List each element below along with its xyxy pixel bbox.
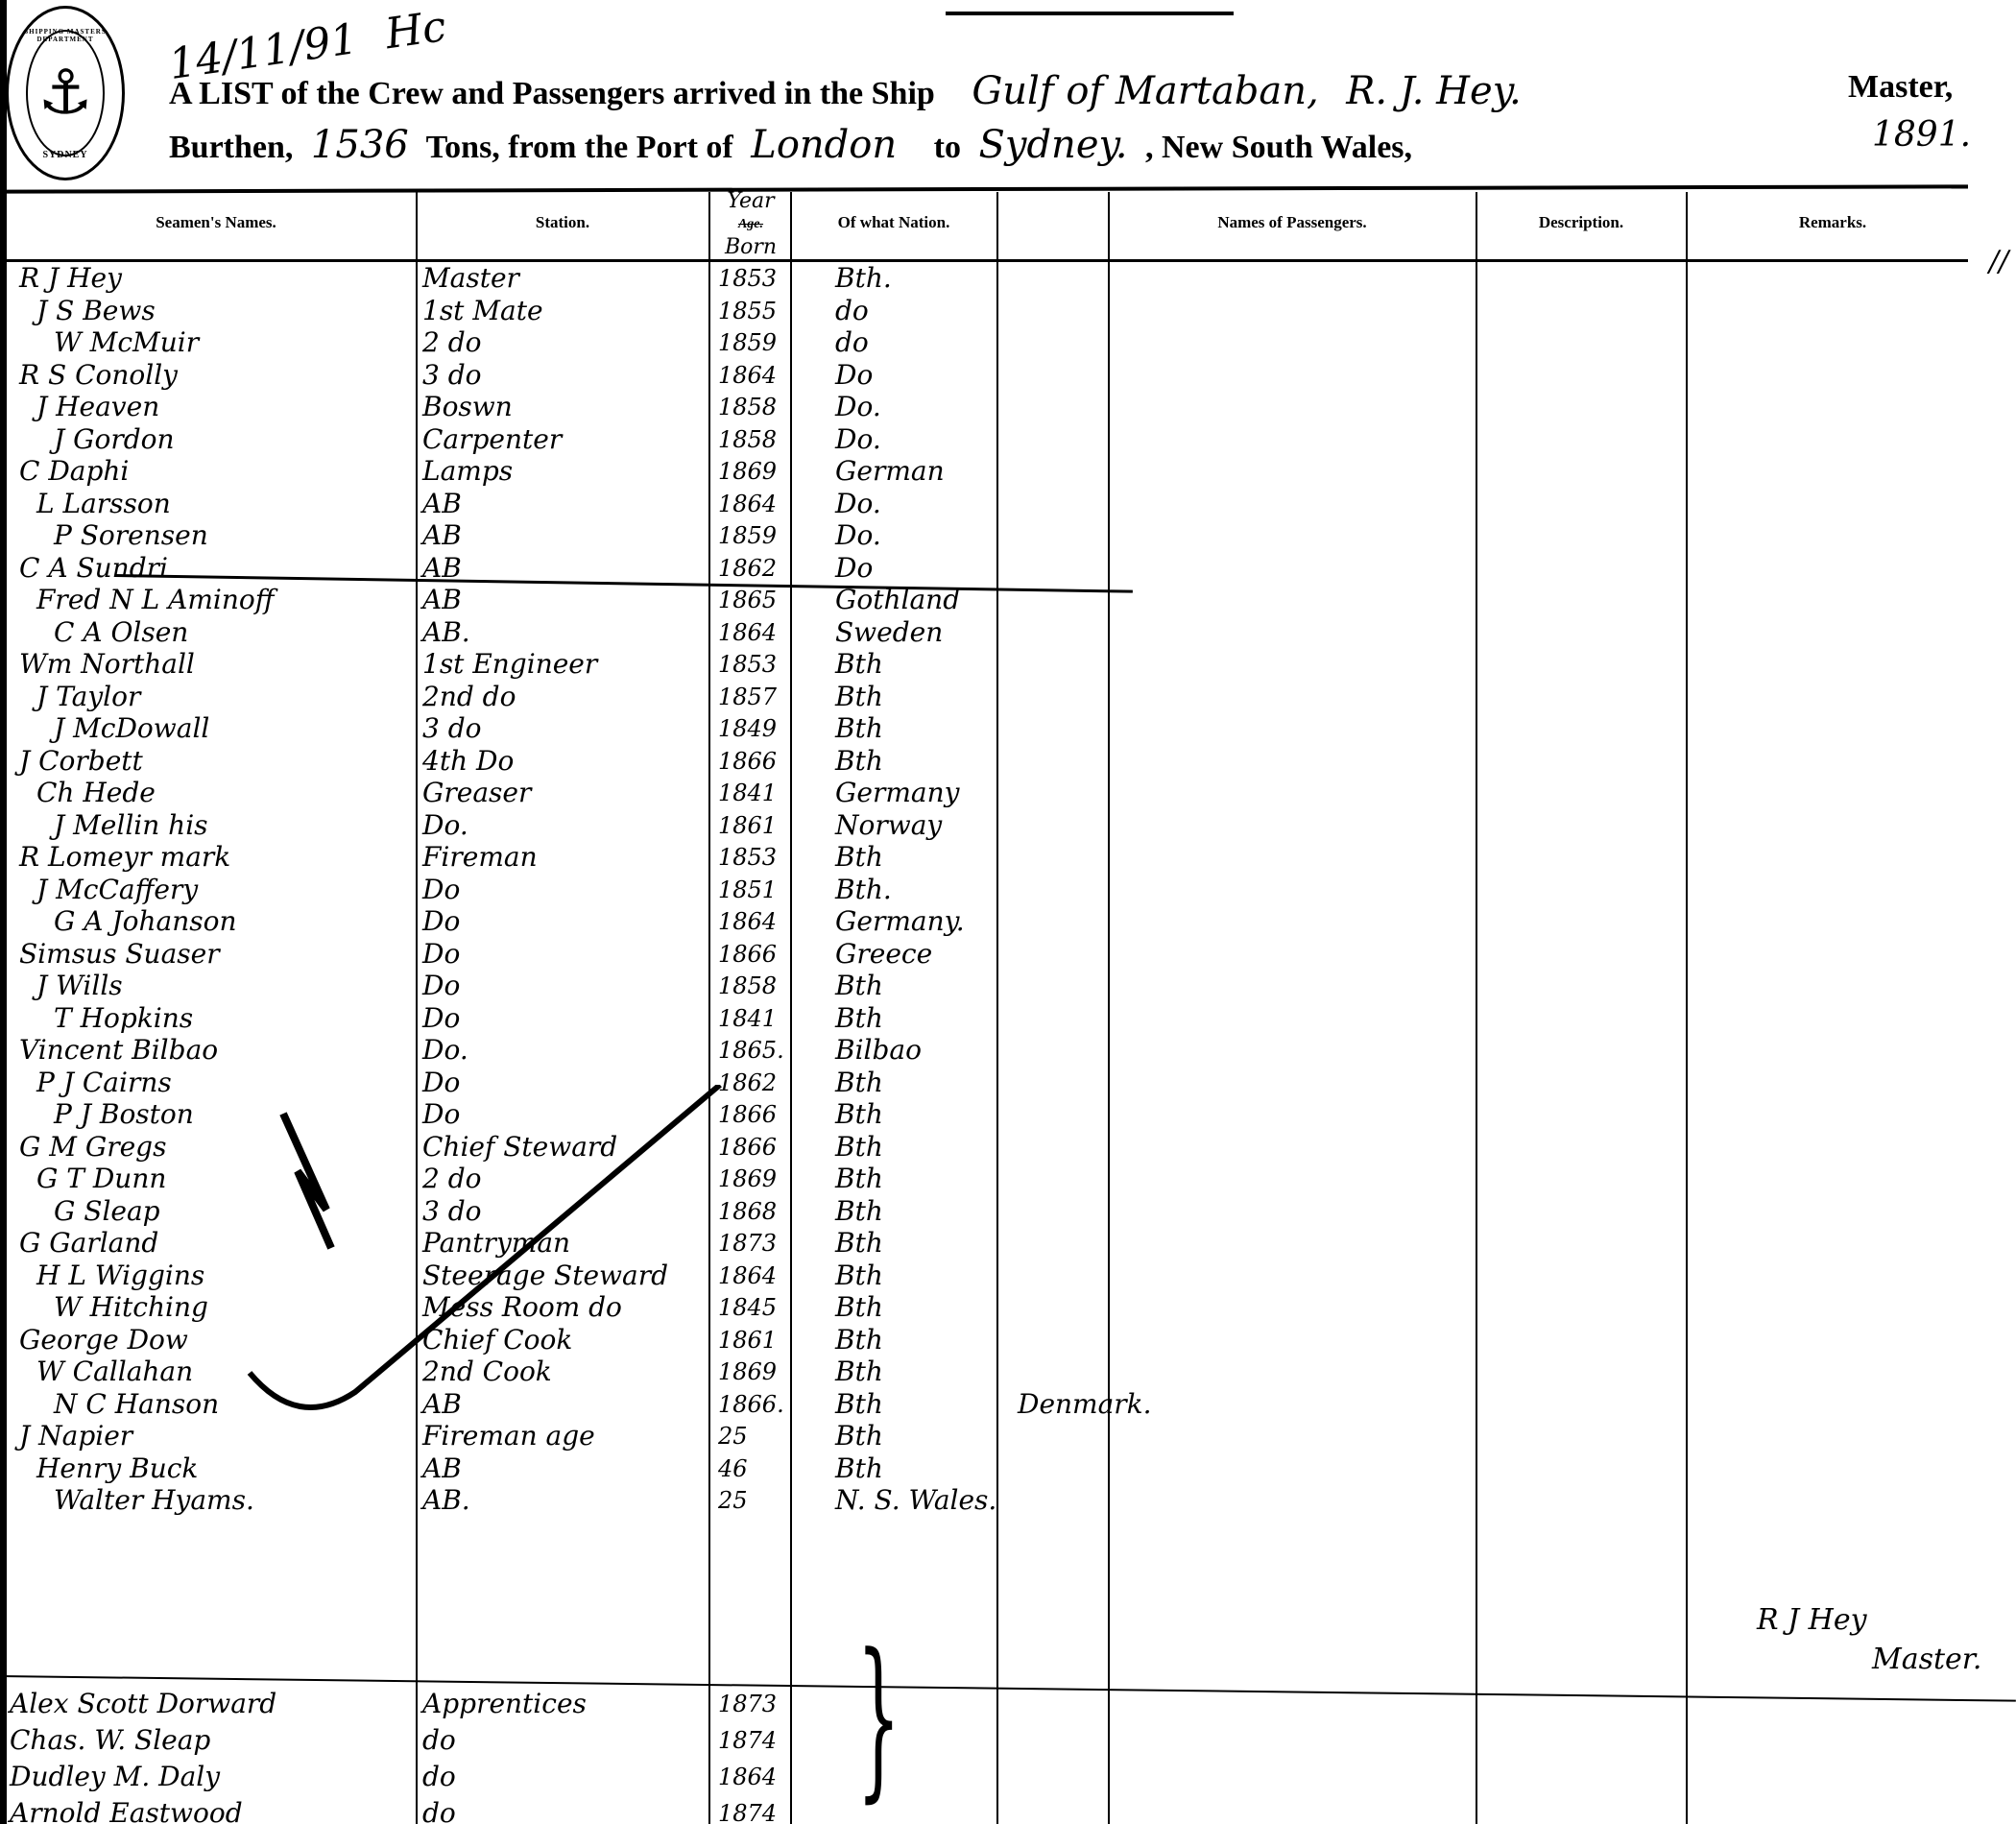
crew-name: J S Bews	[36, 297, 156, 325]
table-row: Vincent BilbaoDo.1865.Bilbao	[0, 1036, 1440, 1065]
crew-year-born: 1859	[718, 328, 777, 357]
crew-nation: Bilbao	[835, 1036, 922, 1065]
crew-year-born: 1859	[718, 521, 777, 550]
table-row: Simsus SuaserDo1866Greece	[0, 940, 1440, 969]
apprentice-row: Dudley M. Dalydo1864	[0, 1763, 864, 1791]
header-passengers: Names of Passengers.	[1111, 213, 1474, 232]
crew-name: J Gordon	[54, 425, 175, 454]
crew-name: Henry Buck	[36, 1454, 198, 1483]
crew-name: W Callahan	[36, 1357, 193, 1386]
crew-station: AB	[422, 586, 462, 614]
crew-nation: Bth	[835, 1133, 883, 1162]
initials-annotation: Hc	[382, 2, 449, 59]
crew-nation: Bth	[835, 1422, 883, 1451]
crew-name: J Corbett	[19, 747, 143, 776]
crew-year-born: 1864	[718, 361, 777, 390]
table-row: N C HansonAB1866.BthDenmark.	[0, 1390, 1440, 1419]
crew-year-born: 1853	[718, 843, 777, 872]
table-row: J Mellin hisDo.1861Norway	[0, 811, 1440, 840]
crew-year-born: 1869	[718, 1164, 777, 1193]
table-row: G M GregsChief Steward1866Bth	[0, 1133, 1440, 1162]
table-row: W Callahan2nd Cook1869Bth	[0, 1357, 1440, 1386]
crew-year-born: 1855	[718, 297, 777, 325]
crew-station: AB.	[422, 1486, 470, 1515]
crew-year-born: 1845	[718, 1293, 777, 1322]
from-port: London	[741, 123, 906, 167]
header-year-born: Year Age. Born	[712, 190, 789, 259]
crew-nation: German	[835, 457, 945, 486]
table-row: Ch HedeGreaser1841Germany	[0, 779, 1440, 807]
crew-nation: Bth	[835, 972, 883, 1000]
crew-year-born: 1861	[718, 811, 777, 840]
crew-station: 1st Engineer	[422, 650, 597, 679]
apprentice-year-born: 1874	[718, 1799, 777, 1824]
crew-station: Do	[422, 1068, 460, 1097]
crew-station: 2 do	[422, 1164, 482, 1193]
crew-nation: Do.	[835, 521, 881, 550]
crew-station: AB	[422, 554, 462, 583]
crew-nation: Bth	[835, 1326, 883, 1355]
table-row: L LarssonAB1864Do.	[0, 490, 1440, 518]
crew-year-born: 1853	[718, 650, 777, 679]
crew-name: H L Wiggins	[36, 1261, 204, 1290]
crew-station: AB.	[422, 618, 470, 647]
title-line-1: A LIST of the Crew and Passengers arrive…	[169, 69, 1531, 113]
apprentice-station: do	[422, 1799, 456, 1824]
crew-year-born: 1866.	[718, 1390, 784, 1419]
crew-name: C A Olsen	[54, 618, 188, 647]
table-row: G Sleap3 do1868Bth	[0, 1197, 1440, 1226]
crew-station: Master	[422, 264, 519, 293]
crew-nation: Do	[835, 554, 873, 583]
crew-station: Do	[422, 907, 460, 936]
crew-nation: Bth.	[835, 876, 892, 904]
crew-name: P Sorensen	[54, 521, 208, 550]
crew-year-born: 1857	[718, 683, 777, 711]
crew-nation-correction: Denmark.	[1018, 1390, 1152, 1419]
table-row: R Lomeyr markFireman1853Bth	[0, 843, 1440, 872]
crew-station: Boswn	[422, 393, 513, 421]
header-description: Description.	[1478, 213, 1684, 232]
crew-nation: Bth.	[835, 264, 892, 293]
crew-nation: Bth	[835, 1229, 883, 1258]
crew-name: J Heaven	[36, 393, 159, 421]
crew-name: T Hopkins	[54, 1004, 193, 1033]
crew-name: J Taylor	[36, 683, 140, 711]
table-row: J Taylor2nd do1857Bth	[0, 683, 1440, 711]
apprentice-row: Alex Scott DorwardApprentices1873	[0, 1690, 864, 1718]
table-row: G T Dunn2 do1869Bth	[0, 1164, 1440, 1193]
crew-year-born: 1853	[718, 264, 777, 293]
crew-nation: Bth	[835, 1454, 883, 1483]
crew-nation: do	[835, 297, 869, 325]
crew-station: 4th Do	[422, 747, 514, 776]
crew-name: G A Johanson	[54, 907, 237, 936]
crew-nation: Do.	[835, 425, 881, 454]
crew-name: George Dow	[19, 1326, 188, 1355]
crew-year-born: 1862	[718, 554, 777, 583]
crew-name: G T Dunn	[36, 1164, 166, 1193]
apprentice-row: Arnold Eastwooddo1874	[0, 1799, 864, 1824]
crew-year-born: 1865.	[718, 1036, 784, 1065]
header-rule-top	[0, 184, 1968, 193]
apprentice-station: do	[422, 1763, 456, 1791]
crew-year-born: 1841	[718, 1004, 777, 1033]
apprentice-station: Apprentices	[422, 1690, 587, 1718]
crew-nation: Bth	[835, 1004, 883, 1033]
crew-year-born: 1862	[718, 1068, 777, 1097]
crew-name: G M Gregs	[19, 1133, 166, 1162]
crew-nation: Bth	[835, 1261, 883, 1290]
crew-name: Wm Northall	[19, 650, 195, 679]
crew-nation: Greece	[835, 940, 932, 969]
table-row: C A OlsenAB.1864Sweden	[0, 618, 1440, 647]
header-seamens-names: Seamen's Names.	[19, 213, 413, 232]
crew-station: Do	[422, 1100, 460, 1129]
crew-year-born: 1873	[718, 1229, 777, 1258]
apprentice-station: do	[422, 1726, 456, 1755]
crew-name: J Mellin his	[54, 811, 208, 840]
crew-name: J Wills	[36, 972, 123, 1000]
crew-name: J Napier	[19, 1422, 132, 1451]
crew-station: Do	[422, 876, 460, 904]
crew-name: G Garland	[19, 1229, 158, 1258]
crew-station: 2nd do	[422, 683, 516, 711]
crew-station: Greaser	[422, 779, 531, 807]
signature-name: R J Hey	[1757, 1603, 1867, 1637]
crew-year-born: 1866	[718, 747, 777, 776]
tons-value: 1536	[301, 123, 419, 167]
crew-station: 2nd Cook	[422, 1357, 552, 1386]
crew-nation: Bth	[835, 1357, 883, 1386]
crew-year-born: 1864	[718, 490, 777, 518]
apprentice-year-born: 1864	[718, 1763, 777, 1791]
apprentice-year-born: 1874	[718, 1726, 777, 1755]
table-row: Henry BuckAB46Bth	[0, 1454, 1440, 1483]
table-row: P SorensenAB1859Do.	[0, 521, 1440, 550]
crew-name: Simsus Suaser	[19, 940, 220, 969]
crew-nation: Bth	[835, 1068, 883, 1097]
crew-name: C A Sundri	[19, 554, 168, 583]
master-signature: R J Hey Master.	[1757, 1603, 1981, 1676]
crew-nation: Bth	[835, 1293, 883, 1322]
crew-station: 2 do	[422, 328, 482, 357]
crew-year-born: 1849	[718, 714, 777, 743]
anchor-icon: ⚓	[37, 62, 92, 124]
title-prefix: A LIST of the Crew and Passengers arrive…	[169, 76, 935, 111]
ship-name: Gulf of Martaban,	[962, 69, 1328, 113]
table-row: H L WigginsSteerage Steward1864Bth	[0, 1261, 1440, 1290]
to-port: Sydney.	[969, 123, 1137, 167]
crew-name: Fred N L Aminoff	[36, 586, 275, 614]
crew-year-born: 1866	[718, 1133, 777, 1162]
table-row: G A JohansonDo1864Germany.	[0, 907, 1440, 936]
master-label: Master,	[1848, 69, 1953, 106]
crew-year-born: 1861	[718, 1326, 777, 1355]
shipping-master-seal: SHIPPING MASTERS DEPARTMENT ⚓ SYDNEY	[6, 6, 125, 180]
table-row: J McDowall3 do1849Bth	[0, 714, 1440, 743]
crew-name: Ch Hede	[36, 779, 156, 807]
signature-role: Master.	[1872, 1643, 1981, 1676]
crew-name: Vincent Bilbao	[19, 1036, 218, 1065]
crew-year-born: 25	[718, 1422, 748, 1451]
table-row: G GarlandPantryman1873Bth	[0, 1229, 1440, 1258]
crew-year-born: 1865	[718, 586, 777, 614]
crew-year-born: 46	[718, 1454, 748, 1483]
crew-station: AB	[422, 521, 462, 550]
table-row: J NapierFireman age25Bth	[0, 1422, 1440, 1451]
crew-station: AB	[422, 1390, 462, 1419]
crew-name: R Lomeyr mark	[19, 843, 230, 872]
apprentice-row: Chas. W. Sleapdo1874	[0, 1726, 864, 1755]
crew-year-born: 1841	[718, 779, 777, 807]
crew-year-born: 1864	[718, 618, 777, 647]
table-row: Wm Northall1st Engineer1853Bth	[0, 650, 1440, 679]
crew-station: Do.	[422, 811, 468, 840]
crew-station: AB	[422, 490, 462, 518]
crew-name: R S Conolly	[19, 361, 178, 390]
crew-station: Do.	[422, 1036, 468, 1065]
table-row: W HitchingMess Room do1845Bth	[0, 1293, 1440, 1322]
crew-nation: Bth	[835, 1164, 883, 1193]
apprentice-year-born: 1873	[718, 1690, 777, 1718]
crew-nation: Bth	[835, 1197, 883, 1226]
crew-name: Walter Hyams.	[54, 1486, 254, 1515]
crew-year-born: 1866	[718, 940, 777, 969]
crew-year-born: 1864	[718, 1261, 777, 1290]
crew-station: Pantryman	[422, 1229, 570, 1258]
table-row: Walter Hyams.AB.25N. S. Wales.	[0, 1486, 1440, 1515]
crew-year-born: 1858	[718, 425, 777, 454]
crew-station: Do	[422, 940, 460, 969]
crew-name: J McDowall	[54, 714, 209, 743]
crew-year-born: 25	[718, 1486, 748, 1515]
top-rule	[946, 12, 1234, 15]
table-row: C DaphiLamps1869German	[0, 457, 1440, 486]
apprentice-name: Chas. W. Sleap	[10, 1726, 210, 1755]
table-row: R S Conolly3 do1864Do	[0, 361, 1440, 390]
crew-year-born: 1858	[718, 393, 777, 421]
column-divider	[1476, 192, 1477, 1824]
crew-station: Fireman age	[422, 1422, 595, 1451]
crew-station: Do	[422, 1004, 460, 1033]
table-row: George DowChief Cook1861Bth	[0, 1326, 1440, 1355]
crew-station: AB	[422, 1454, 462, 1483]
crew-nation: Do.	[835, 393, 881, 421]
crew-station: Mess Room do	[422, 1293, 622, 1322]
crew-year-born: 1869	[718, 457, 777, 486]
crew-nation: Germany	[835, 779, 959, 807]
table-row: J S Bews1st Mate1855do	[0, 297, 1440, 325]
apprentice-name: Dudley M. Daly	[10, 1763, 220, 1791]
table-row: Fred N L AminoffAB1865Gothland	[0, 586, 1440, 614]
crew-station: Do	[422, 972, 460, 1000]
crew-nation: do	[835, 328, 869, 357]
apprentices-brace: }	[856, 1632, 900, 1805]
table-row: T HopkinsDo1841Bth	[0, 1004, 1440, 1033]
crew-station: Steerage Steward	[422, 1261, 668, 1290]
seal-text-top: SHIPPING MASTERS DEPARTMENT	[9, 28, 122, 43]
crew-nation: Do.	[835, 490, 881, 518]
crew-year-born: 1864	[718, 907, 777, 936]
table-row: P J BostonDo1866Bth	[0, 1100, 1440, 1129]
apprentice-name: Alex Scott Dorward	[10, 1690, 276, 1718]
apprentice-name: Arnold Eastwood	[10, 1799, 243, 1824]
crew-nation: Bth	[835, 650, 883, 679]
crew-year-born: 1851	[718, 876, 777, 904]
crew-name: G Sleap	[54, 1197, 160, 1226]
crew-nation: Bth	[835, 714, 883, 743]
crew-year-born: 1858	[718, 972, 777, 1000]
table-row: P J CairnsDo1862Bth	[0, 1068, 1440, 1097]
crew-name: R J Hey	[19, 264, 122, 293]
crew-nation: Bth	[835, 683, 883, 711]
crew-name: J McCaffery	[36, 876, 198, 904]
table-row: J Corbett4th Do1866Bth	[0, 747, 1440, 776]
header-rule-bottom	[0, 259, 1968, 262]
crew-name: L Larsson	[36, 490, 171, 518]
crew-nation: Bth	[835, 843, 883, 872]
crew-nation: Bth	[835, 747, 883, 776]
burthen-label: Burthen,	[169, 130, 293, 165]
to-label: to	[934, 130, 961, 165]
crew-station: Lamps	[422, 457, 513, 486]
table-row: W McMuir2 do1859do	[0, 328, 1440, 357]
crew-nation: Sweden	[835, 618, 943, 647]
table-row: J HeavenBoswn1858Do.	[0, 393, 1440, 421]
seal-text-bottom: SYDNEY	[9, 150, 122, 160]
crew-station: Chief Cook	[422, 1326, 572, 1355]
crew-nation: Bth	[835, 1100, 883, 1129]
table-row: J WillsDo1858Bth	[0, 972, 1440, 1000]
column-divider	[1686, 192, 1688, 1824]
crew-station: Carpenter	[422, 425, 562, 454]
crew-name: N C Hanson	[54, 1390, 219, 1419]
crew-station: Fireman	[422, 843, 538, 872]
crew-nation: N. S. Wales.	[835, 1486, 996, 1515]
crew-year-born: 1866	[718, 1100, 777, 1129]
crew-nation: Germany.	[835, 907, 965, 936]
crew-station: 1st Mate	[422, 297, 543, 325]
header-remarks: Remarks.	[1689, 213, 1977, 232]
crew-name: W McMuir	[54, 328, 199, 357]
crew-station: 3 do	[422, 1197, 482, 1226]
crew-name: W Hitching	[54, 1293, 208, 1322]
crew-nation: Bth	[835, 1390, 883, 1419]
colony-label: , New South Wales,	[1145, 130, 1412, 165]
crew-nation: Do	[835, 361, 873, 390]
crew-station: 3 do	[422, 714, 482, 743]
tons-label: Tons, from the Port of	[426, 130, 733, 165]
title-line-2: Burthen, 1536 Tons, from the Port of Lon…	[169, 123, 1412, 167]
year-value: 1891.	[1872, 115, 1971, 155]
crew-station: Chief Steward	[422, 1133, 617, 1162]
header-station: Station.	[419, 213, 707, 232]
crew-list-document: SHIPPING MASTERS DEPARTMENT ⚓ SYDNEY 14/…	[0, 0, 2016, 1824]
master-name: R. J. Hey.	[1336, 69, 1530, 113]
table-row: J McCafferyDo1851Bth.	[0, 876, 1440, 904]
crew-name: P J Boston	[54, 1100, 194, 1129]
crew-nation: Norway	[835, 811, 942, 840]
header-nation: Of what Nation.	[793, 213, 995, 232]
crew-year-born: 1869	[718, 1357, 777, 1386]
crew-station: 3 do	[422, 361, 482, 390]
table-row: R J HeyMaster1853Bth.	[0, 264, 1440, 293]
crew-name: C Daphi	[19, 457, 129, 486]
margin-mark: //	[1989, 245, 2008, 278]
crew-year-born: 1868	[718, 1197, 777, 1226]
crew-name: P J Cairns	[36, 1068, 172, 1097]
table-row: J GordonCarpenter1858Do.	[0, 425, 1440, 454]
